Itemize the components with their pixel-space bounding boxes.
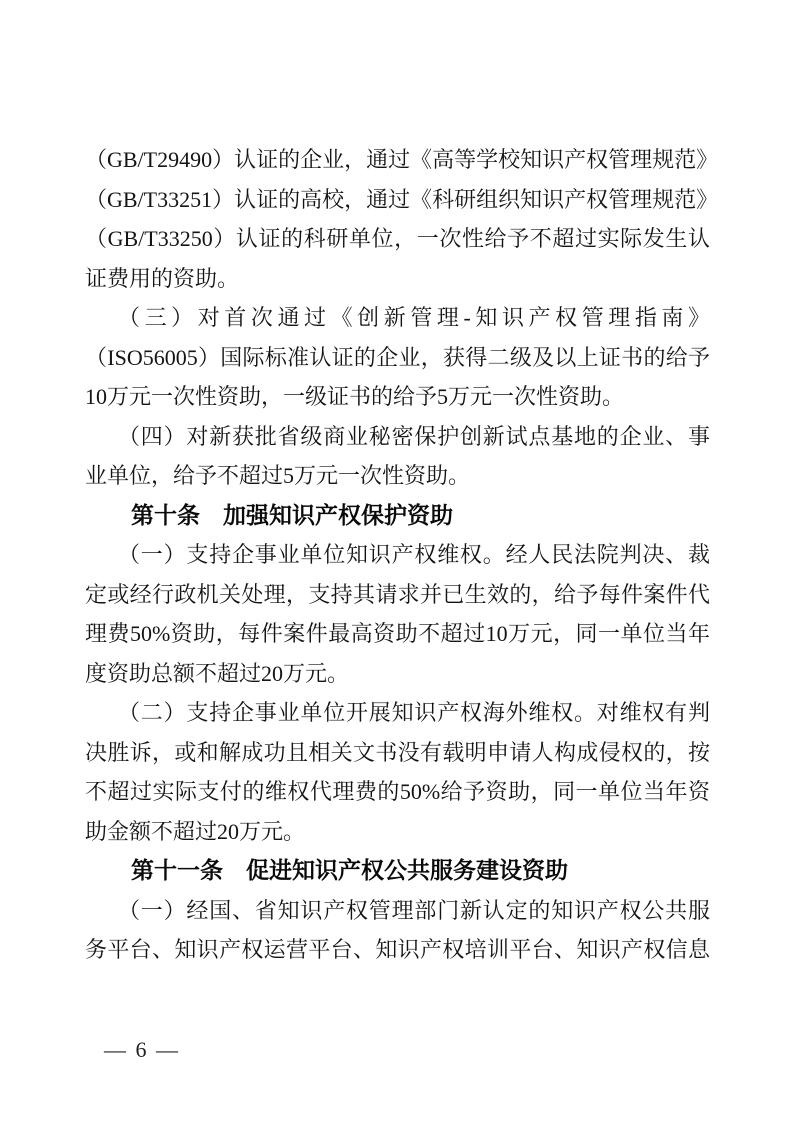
paragraph-item-4-trade-secret: （四）对新获批省级商业秘密保护创新试点基地的企业、事业单位，给予不超过5万元一次… (85, 417, 710, 496)
text-line: （GB/T33251）认证的高校，通过《科研组织知识产权管理规范》 (85, 180, 710, 220)
text-line: （ISO56005）国际标准认证的企业，获得二级及以上证书的给予 (85, 338, 710, 378)
text-line: 10万元一次性资助，一级证书的给予5万元一次性资助。 (85, 377, 710, 417)
text-line: 助金额不超过20万元。 (85, 812, 710, 852)
text-line: 业单位，给予不超过5万元一次性资助。 (85, 456, 710, 496)
text-line: （二）支持企事业单位开展知识产权海外维权。对维权有判 (85, 693, 710, 733)
paragraph-item-3-iso56005: （三）对首次通过《创新管理-知识产权管理指南》（ISO56005）国际标准认证的… (85, 298, 710, 417)
text-line: （GB/T33250）认证的科研单位，一次性给予不超过实际发生认 (85, 219, 710, 259)
document-page: （GB/T29490）认证的企业，通过《高等学校知识产权管理规范》（GB/T33… (0, 0, 793, 1122)
text-line: 度资助总额不超过20万元。 (85, 654, 710, 694)
paragraph-article10-item-1: （一）支持企事业单位知识产权维权。经人民法院判决、裁定或经行政机关处理，支持其请… (85, 535, 710, 693)
text-line: （三）对首次通过《创新管理-知识产权管理指南》 (85, 298, 710, 338)
text-line: 定或经行政机关处理，支持其请求并已生效的，给予每件案件代 (85, 575, 710, 615)
text-line: （四）对新获批省级商业秘密保护创新试点基地的企业、事 (85, 417, 710, 457)
document-body: （GB/T29490）认证的企业，通过《高等学校知识产权管理规范》（GB/T33… (85, 140, 710, 970)
text-line: （一）经国、省知识产权管理部门新认定的知识产权公共服 (85, 891, 710, 931)
text-line: （GB/T29490）认证的企业，通过《高等学校知识产权管理规范》 (85, 140, 710, 180)
text-line: （一）支持企事业单位知识产权维权。经人民法院判决、裁 (85, 535, 710, 575)
text-line: 证费用的资助。 (85, 259, 710, 299)
text-line: 不超过实际支付的维权代理费的50%给予资助，同一单位当年资 (85, 772, 710, 812)
text-line: 理费50%资助，每件案件最高资助不超过10万元，同一单位当年 (85, 614, 710, 654)
article-10-heading: 第十条 加强知识产权保护资助 (85, 496, 710, 536)
text-line: 务平台、知识产权运营平台、知识产权培训平台、知识产权信息 (85, 930, 710, 970)
paragraph-certification-continuation: （GB/T29490）认证的企业，通过《高等学校知识产权管理规范》（GB/T33… (85, 140, 710, 298)
paragraph-article10-item-2: （二）支持企事业单位开展知识产权海外维权。对维权有判决胜诉，或和解成功且相关文书… (85, 693, 710, 851)
page-number: — 6 — (104, 1036, 180, 1064)
text-line: 决胜诉，或和解成功且相关文书没有载明申请人构成侵权的，按 (85, 733, 710, 773)
paragraph-article11-item-1: （一）经国、省知识产权管理部门新认定的知识产权公共服务平台、知识产权运营平台、知… (85, 891, 710, 970)
article-11-heading: 第十一条 促进知识产权公共服务建设资助 (85, 851, 710, 891)
